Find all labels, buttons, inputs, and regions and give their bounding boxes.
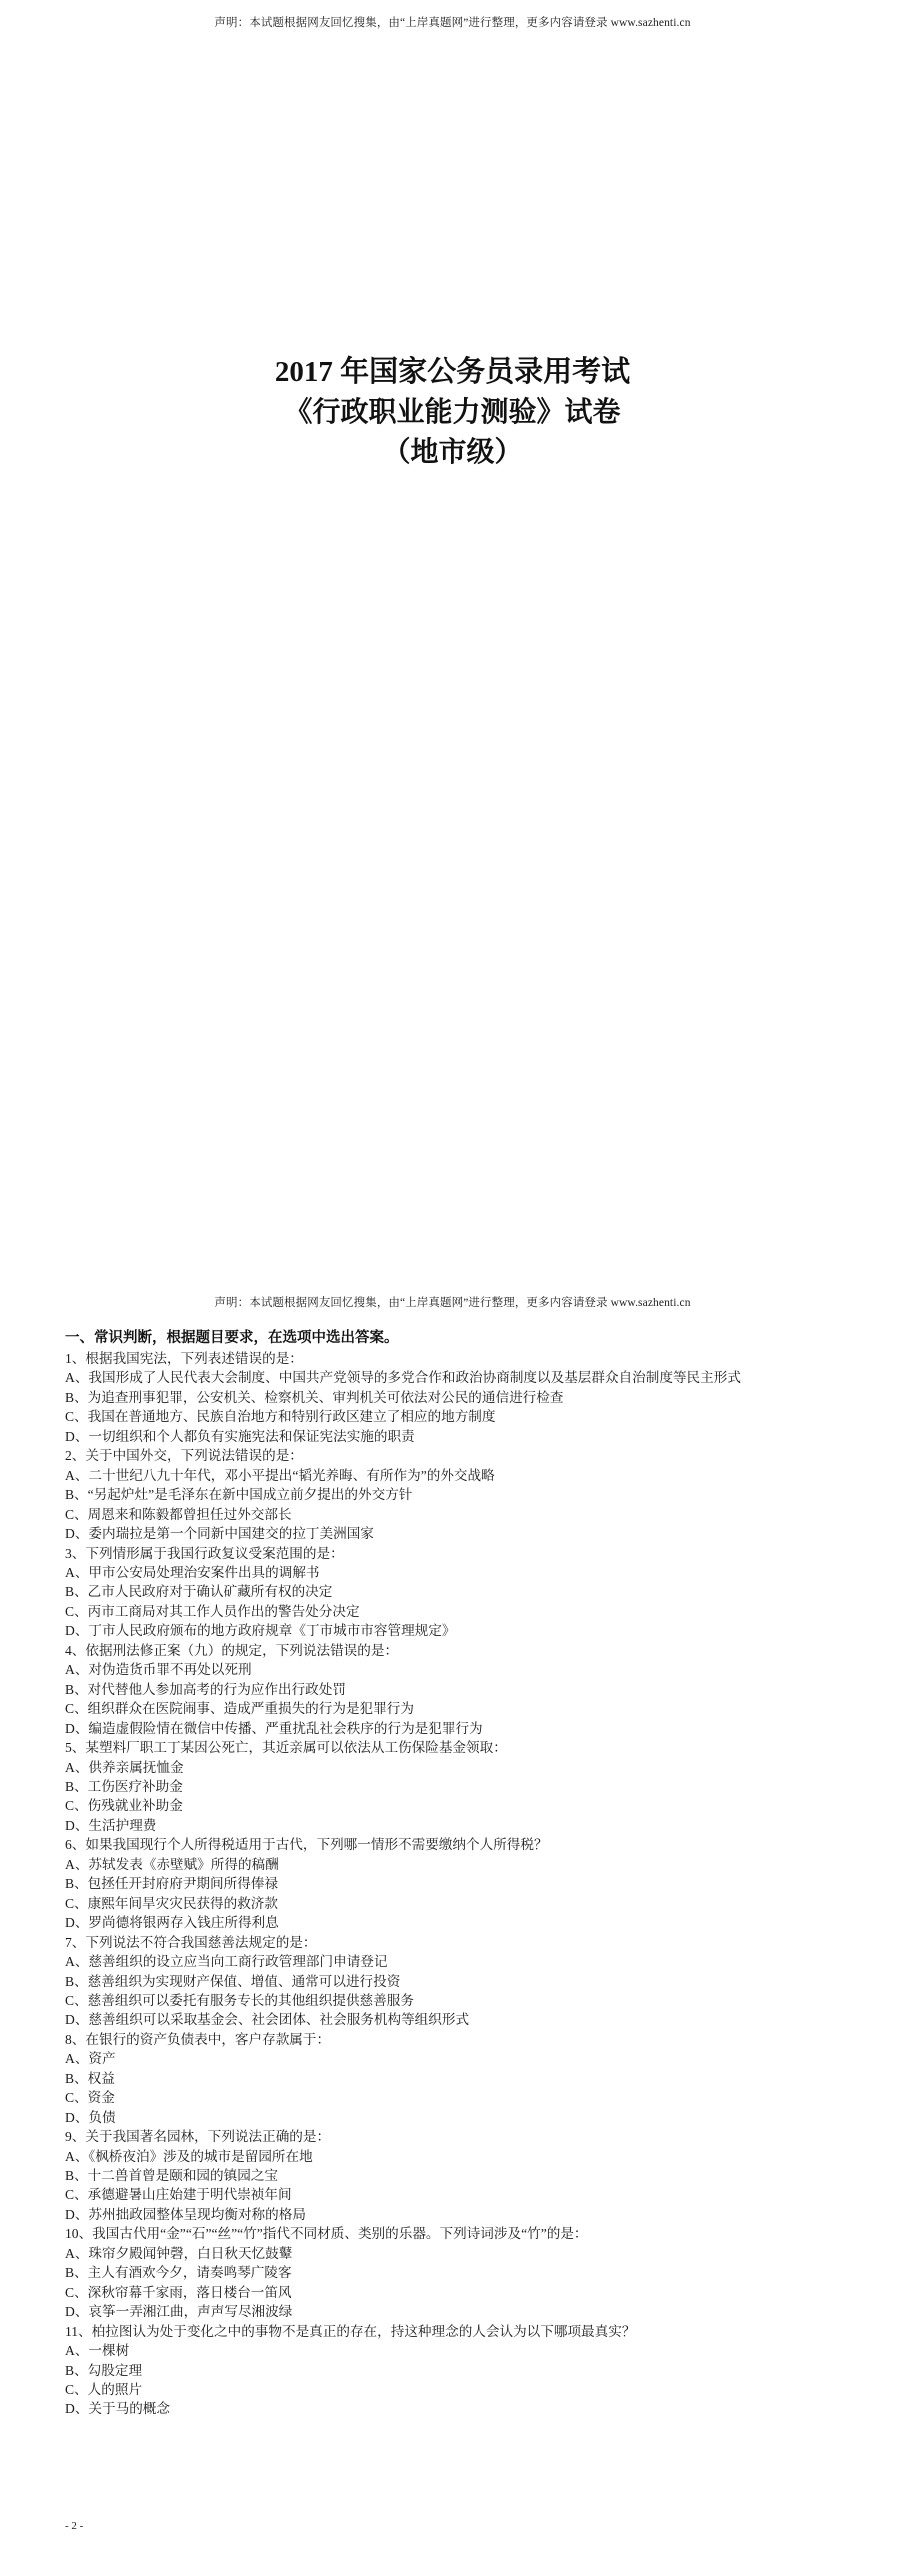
page-number: - 2 - [65, 2520, 83, 2532]
answer-option: B、“另起炉灶”是毛泽东在新中国成立前夕提出的外交方针 [65, 1485, 865, 1504]
answer-option: C、康熙年间旱灾灾民获得的救济款 [65, 1894, 865, 1913]
answer-option: A、对伪造货币罪不再处以死刑 [65, 1660, 865, 1679]
question-content: 一、常识判断，根据题目要求，在选项中选出答案。 1、根据我国宪法，下列表述错误的… [65, 1328, 865, 2419]
question-block: 5、某塑料厂职工丁某因公死亡，其近亲属可以依法从工伤保险基金领取：A、供养亲属抚… [65, 1738, 865, 1835]
answer-option: C、丙市工商局对其工作人员作出的警告处分决定 [65, 1602, 865, 1621]
answer-option: D、编造虚假险情在微信中传播、严重扰乱社会秩序的行为是犯罪行为 [65, 1719, 865, 1738]
question-stem: 4、依据刑法修正案（九）的规定，下列说法错误的是： [65, 1641, 865, 1660]
answer-option: C、慈善组织可以委托有服务专长的其他组织提供慈善服务 [65, 1991, 865, 2010]
answer-option: A、《枫桥夜泊》涉及的城市是留园所在地 [65, 2147, 865, 2166]
question-block: 4、依据刑法修正案（九）的规定，下列说法错误的是：A、对伪造货币罪不再处以死刑B… [65, 1641, 865, 1738]
question-block: 10、我国古代用“金”“石”“丝”“竹”指代不同材质、类别的乐器。下列诗词涉及“… [65, 2224, 865, 2321]
answer-option: B、十二兽首曾是颐和园的镇园之宝 [65, 2166, 865, 2185]
answer-option: D、哀筝一弄湘江曲，声声写尽湘波绿 [65, 2302, 865, 2321]
question-stem: 2、关于中国外交，下列说法错误的是： [65, 1446, 865, 1465]
question-block: 9、关于我国著名园林，下列说法正确的是：A、《枫桥夜泊》涉及的城市是留园所在地B… [65, 2127, 865, 2224]
question-stem: 8、在银行的资产负债表中，客户存款属于： [65, 2030, 865, 2049]
answer-option: C、承德避暑山庄始建于明代崇祯年间 [65, 2185, 865, 2204]
page-number: - 1 - [829, 0, 847, 1252]
question-stem: 10、我国古代用“金”“石”“丝”“竹”指代不同材质、类别的乐器。下列诗词涉及“… [65, 2224, 865, 2243]
answer-option: C、组织群众在医院闹事、造成严重损失的行为是犯罪行为 [65, 1699, 865, 1718]
answer-option: A、我国形成了人民代表大会制度、中国共产党领导的多党合作和政治协商制度以及基层群… [65, 1368, 865, 1387]
title-line-exam-name: 2017 年国家公务员录用考试 [0, 352, 905, 392]
header-disclaimer: 声明：本试题根据网友回忆搜集，由“上岸真题网”进行整理，更多内容请登录 www.… [0, 1294, 905, 1310]
answer-option: D、生活护理费 [65, 1816, 865, 1835]
answer-option: C、伤残就业补助金 [65, 1796, 865, 1815]
document-page-2: 声明：本试题根据网友回忆搜集，由“上岸真题网”进行整理，更多内容请登录 www.… [0, 1266, 905, 2560]
question-block: 8、在银行的资产负债表中，客户存款属于：A、资产B、权益C、资金D、负债 [65, 2030, 865, 2127]
question-list: 1、根据我国宪法，下列表述错误的是：A、我国形成了人民代表大会制度、中国共产党领… [65, 1349, 865, 2419]
header-disclaimer: 声明：本试题根据网友回忆搜集，由“上岸真题网”进行整理，更多内容请登录 www.… [0, 14, 905, 30]
answer-option: D、委内瑞拉是第一个同新中国建交的拉丁美洲国家 [65, 1524, 865, 1543]
question-stem: 9、关于我国著名园林，下列说法正确的是： [65, 2127, 865, 2146]
question-block: 6、如果我国现行个人所得税适用于古代，下列哪一情形不需要缴纳个人所得税？A、苏轼… [65, 1835, 865, 1932]
answer-option: B、勾股定理 [65, 2361, 865, 2380]
answer-option: B、为追查刑事犯罪，公安机关、检察机关、审判机关可依法对公民的通信进行检查 [65, 1388, 865, 1407]
answer-option: A、慈善组织的设立应当向工商行政管理部门申请登记 [65, 1952, 865, 1971]
question-stem: 3、下列情形属于我国行政复议受案范围的是： [65, 1544, 865, 1563]
question-block: 7、下列说法不符合我国慈善法规定的是：A、慈善组织的设立应当向工商行政管理部门申… [65, 1933, 865, 2030]
answer-option: A、供养亲属抚恤金 [65, 1758, 865, 1777]
answer-option: B、权益 [65, 2069, 865, 2088]
answer-option: D、罗尚德将银两存入钱庄所得利息 [65, 1913, 865, 1932]
answer-option: D、负债 [65, 2108, 865, 2127]
answer-option: A、一棵树 [65, 2341, 865, 2360]
answer-option: B、主人有酒欢今夕，请奏鸣琴广陵客 [65, 2263, 865, 2282]
answer-option: D、一切组织和个人都负有实施宪法和保证宪法实施的职责 [65, 1427, 865, 1446]
question-stem: 6、如果我国现行个人所得税适用于古代，下列哪一情形不需要缴纳个人所得税？ [65, 1835, 865, 1854]
question-block: 3、下列情形属于我国行政复议受案范围的是：A、甲市公安局处理治安案件出具的调解书… [65, 1544, 865, 1641]
answer-option: C、我国在普通地方、民族自治地方和特别行政区建立了相应的地方制度 [65, 1407, 865, 1426]
cover-title: 2017 年国家公务员录用考试 《行政职业能力测验》试卷 （地市级） [0, 352, 905, 472]
answer-option: D、关于马的概念 [65, 2399, 865, 2418]
question-block: 11、柏拉图认为处于变化之中的事物不是真正的存在，持这种理念的人会认为以下哪项最… [65, 2322, 865, 2419]
answer-option: B、乙市人民政府对于确认矿藏所有权的决定 [65, 1582, 865, 1601]
question-stem: 11、柏拉图认为处于变化之中的事物不是真正的存在，持这种理念的人会认为以下哪项最… [65, 2322, 865, 2341]
answer-option: C、人的照片 [65, 2380, 865, 2399]
answer-option: A、苏轼发表《赤壁赋》所得的稿酬 [65, 1855, 865, 1874]
answer-option: A、资产 [65, 2049, 865, 2068]
answer-option: C、深秋帘幕千家雨，落日楼台一笛风 [65, 2283, 865, 2302]
answer-option: B、对代替他人参加高考的行为应作出行政处罚 [65, 1680, 865, 1699]
question-block: 1、根据我国宪法，下列表述错误的是：A、我国形成了人民代表大会制度、中国共产党领… [65, 1349, 865, 1446]
answer-option: C、资金 [65, 2088, 865, 2107]
answer-option: D、慈善组织可以采取基金会、社会团体、社会服务机构等组织形式 [65, 2010, 865, 2029]
question-stem: 7、下列说法不符合我国慈善法规定的是： [65, 1933, 865, 1952]
title-line-level: （地市级） [0, 432, 905, 472]
document-page-1: 声明：本试题根据网友回忆搜集，由“上岸真题网”进行整理，更多内容请登录 www.… [0, 0, 905, 1266]
answer-option: A、甲市公安局处理治安案件出具的调解书 [65, 1563, 865, 1582]
answer-option: A、珠帘夕殿闻钟磬，白日秋天忆鼓鼙 [65, 2244, 865, 2263]
answer-option: D、丁市人民政府颁布的地方政府规章《丁市城市市容管理规定》 [65, 1621, 865, 1640]
question-block: 2、关于中国外交，下列说法错误的是：A、二十世纪八九十年代，邓小平提出“韬光养晦… [65, 1446, 865, 1543]
answer-option: B、慈善组织为实现财产保值、增值、通常可以进行投资 [65, 1972, 865, 1991]
answer-option: D、苏州拙政园整体呈现均衡对称的格局 [65, 2205, 865, 2224]
answer-option: B、工伤医疗补助金 [65, 1777, 865, 1796]
question-stem: 1、根据我国宪法，下列表述错误的是： [65, 1349, 865, 1368]
answer-option: A、二十世纪八九十年代，邓小平提出“韬光养晦、有所作为”的外交战略 [65, 1466, 865, 1485]
title-line-paper-name: 《行政职业能力测验》试卷 [0, 392, 905, 432]
answer-option: B、包拯任开封府府尹期间所得俸禄 [65, 1874, 865, 1893]
question-stem: 5、某塑料厂职工丁某因公死亡，其近亲属可以依法从工伤保险基金领取： [65, 1738, 865, 1757]
section-heading: 一、常识判断，根据题目要求，在选项中选出答案。 [65, 1328, 865, 1349]
answer-option: C、周恩来和陈毅都曾担任过外交部长 [65, 1505, 865, 1524]
